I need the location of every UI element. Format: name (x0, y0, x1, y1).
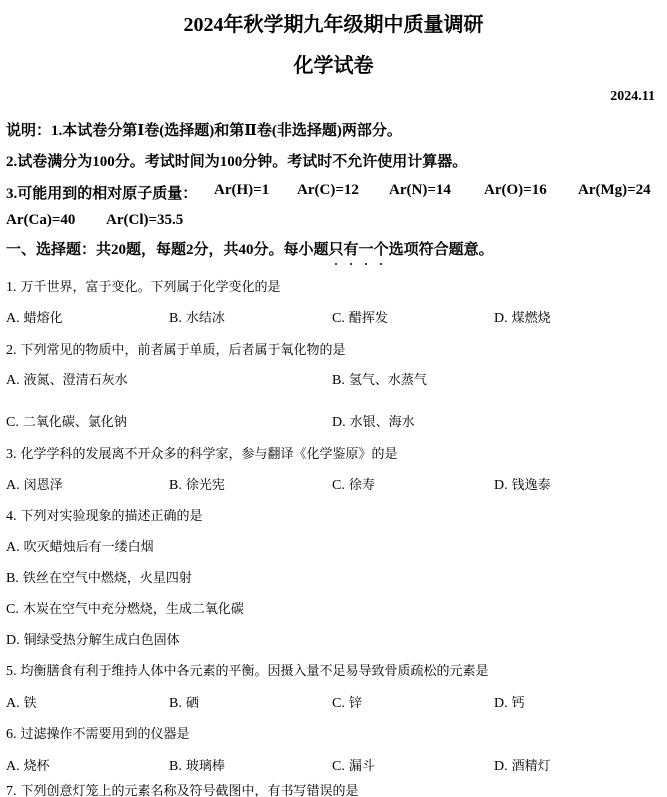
option-text: 玻璃棒 (186, 759, 225, 774)
atomic-mass-label: 3.可能用到的相对原子质量： (6, 186, 197, 202)
question-6-option-a[interactable]: A.烧杯 (6, 755, 50, 775)
question-6-option-c[interactable]: C.漏斗 (332, 755, 375, 775)
option-key: A. (6, 311, 20, 326)
option-text: 徐光宪 (186, 478, 225, 493)
question-3-option-d[interactable]: D.钱逸泰 (494, 474, 551, 494)
atomic-mass-c: Ar(C)=12 (297, 182, 359, 199)
question-4-option-a[interactable]: A.吹灭蜡烛后有一缕白烟 (6, 536, 154, 556)
option-key: A. (6, 478, 20, 493)
question-number: 2. (6, 343, 17, 358)
option-text: 氢气、水蒸气 (349, 373, 427, 388)
question-1-option-c[interactable]: C.醋挥发 (332, 307, 388, 327)
question-number: 4. (6, 509, 17, 524)
atomic-mass-o: Ar(O)=16 (484, 182, 547, 199)
question-2-option-d[interactable]: D.水银、海水 (332, 411, 415, 431)
question-2-option-b[interactable]: B.氢气、水蒸气 (332, 369, 427, 389)
emphasis-char: 个 (374, 238, 389, 259)
question-text: 下列对实验现象的描述正确的是 (21, 509, 203, 524)
option-key: D. (332, 415, 346, 430)
option-text: 铁 (24, 696, 37, 711)
option-text: 液氮、澄清石灰水 (24, 373, 128, 388)
question-text: 下列常见的物质中，前者属于单质，后者属于氧化物的是 (21, 343, 346, 358)
instruction-line-1: 说明：1.本试卷分第Ⅰ卷(选择题)和第Ⅱ卷(非选择题)两部分。 (6, 119, 402, 140)
question-text: 万千世界，富于变化。下列属于化学变化的是 (21, 280, 281, 295)
question-number: 6. (6, 727, 17, 742)
option-text: 烧杯 (24, 759, 50, 774)
atomic-mass-ca: Ar(Ca)=40 (6, 212, 75, 229)
atomic-mass-mg: Ar(Mg)=24 (578, 182, 651, 199)
option-text: 酒精灯 (512, 759, 551, 774)
exam-date: 2024.11 (610, 89, 655, 105)
emphasis-char: 只 (329, 238, 344, 259)
question-7-stem: 7.下列创意灯笼上的元素名称及符号截图中，有书写错误的是 (6, 780, 359, 797)
option-key: C. (6, 602, 19, 617)
option-text: 漏斗 (349, 759, 375, 774)
option-key: B. (169, 478, 182, 493)
option-key: C. (332, 311, 345, 326)
option-text: 硒 (186, 696, 199, 711)
question-1-stem: 1.万千世界，富于变化。下列属于化学变化的是 (6, 276, 281, 296)
option-key: B. (6, 571, 19, 586)
question-4-stem: 4.下列对实验现象的描述正确的是 (6, 505, 203, 525)
option-key: A. (6, 759, 20, 774)
option-text: 水结冰 (186, 311, 225, 326)
question-number: 7. (6, 784, 17, 797)
question-text: 化学学科的发展离不开众多的科学家，参与翻译《化学鉴原》的是 (21, 447, 398, 462)
question-number: 3. (6, 447, 17, 462)
option-text: 铁丝在空气中燃烧，火星四射 (23, 571, 192, 586)
option-key: B. (169, 759, 182, 774)
question-5-option-a[interactable]: A.铁 (6, 692, 37, 712)
question-number: 5. (6, 664, 17, 679)
option-key: B. (169, 311, 182, 326)
question-6-option-b[interactable]: B.玻璃棒 (169, 755, 225, 775)
option-key: B. (169, 696, 182, 711)
option-text: 徐寿 (349, 478, 375, 493)
question-6-stem: 6.过滤操作不需要用到的仪器是 (6, 723, 190, 743)
option-text: 钱逸泰 (512, 478, 551, 493)
question-2-stem: 2.下列常见的物质中，前者属于单质，后者属于氧化物的是 (6, 339, 346, 359)
option-key: A. (6, 373, 20, 388)
section-heading-suffix: 选项符合题意。 (389, 242, 494, 258)
option-key: C. (332, 759, 345, 774)
option-text: 二氧化碳、氯化钠 (23, 415, 127, 430)
option-text: 水银、海水 (350, 415, 415, 430)
instruction-line-2: 2.试卷满分为100分。考试时间为100分钟。考试时不允许使用计算器。 (6, 150, 467, 171)
option-key: D. (494, 759, 508, 774)
question-4-option-b[interactable]: B.铁丝在空气中燃烧，火星四射 (6, 567, 192, 587)
question-2-option-c[interactable]: C.二氧化碳、氯化钠 (6, 411, 127, 431)
option-key: A. (6, 696, 20, 711)
option-text: 铜绿受热分解生成白色固体 (24, 633, 180, 648)
emphasis-char: 一 (359, 238, 374, 259)
section-heading-prefix: 一、选择题：共20题，每题2分，共40分。每小题 (6, 242, 329, 258)
question-3-stem: 3.化学学科的发展离不开众多的科学家，参与翻译《化学鉴原》的是 (6, 443, 398, 463)
atomic-mass-cl: Ar(Cl)=35.5 (106, 212, 183, 229)
option-key: D. (494, 311, 508, 326)
atomic-mass-h: Ar(H)=1 (214, 182, 269, 199)
option-key: A. (6, 540, 20, 555)
question-1-option-a[interactable]: A.蜡熔化 (6, 307, 63, 327)
question-5-option-c[interactable]: C.锌 (332, 692, 362, 712)
exam-title: 2024年秋学期九年级期中质量调研 (0, 8, 667, 37)
question-5-option-d[interactable]: D.钙 (494, 692, 525, 712)
question-number: 1. (6, 280, 17, 295)
option-text: 醋挥发 (349, 311, 388, 326)
atomic-mass-n: Ar(N)=14 (389, 182, 451, 199)
question-text: 过滤操作不需要用到的仪器是 (21, 727, 190, 742)
option-key: D. (6, 633, 20, 648)
question-6-option-d[interactable]: D.酒精灯 (494, 755, 551, 775)
emphasis-char: 有 (344, 238, 359, 259)
option-text: 锌 (349, 696, 362, 711)
question-4-option-c[interactable]: C.木炭在空气中充分燃烧，生成二氧化碳 (6, 598, 244, 618)
option-key: C. (332, 696, 345, 711)
option-text: 蜡熔化 (24, 311, 63, 326)
question-3-option-b[interactable]: B.徐光宪 (169, 474, 225, 494)
question-5-option-b[interactable]: B.硒 (169, 692, 199, 712)
option-text: 闵恩泽 (24, 478, 63, 493)
question-1-option-b[interactable]: B.水结冰 (169, 307, 225, 327)
section-heading: 一、选择题：共20题，每题2分，共40分。每小题只有一个选项符合题意。 (6, 238, 494, 259)
option-text: 木炭在空气中充分燃烧，生成二氧化碳 (23, 602, 244, 617)
option-text: 钙 (512, 696, 525, 711)
question-5-stem: 5.均衡膳食有利于维持人体中各元素的平衡。因摄入量不足易导致骨质疏松的元素是 (6, 660, 489, 680)
question-text: 均衡膳食有利于维持人体中各元素的平衡。因摄入量不足易导致骨质疏松的元素是 (21, 664, 489, 679)
option-key: C. (332, 478, 345, 493)
option-key: D. (494, 696, 508, 711)
question-3-option-a[interactable]: A.闵恩泽 (6, 474, 63, 494)
question-2-option-a[interactable]: A.液氮、澄清石灰水 (6, 369, 128, 389)
question-4-option-d[interactable]: D.铜绿受热分解生成白色固体 (6, 629, 180, 649)
instruction-line-3: 3.可能用到的相对原子质量： (6, 182, 197, 203)
question-text: 下列创意灯笼上的元素名称及符号截图中，有书写错误的是 (21, 784, 359, 797)
option-key: C. (6, 415, 19, 430)
option-key: B. (332, 373, 345, 388)
option-key: D. (494, 478, 508, 493)
question-1-option-d[interactable]: D.煤燃烧 (494, 307, 551, 327)
question-3-option-c[interactable]: C.徐寿 (332, 474, 375, 494)
option-text: 煤燃烧 (512, 311, 551, 326)
exam-subtitle: 化学试卷 (0, 49, 667, 78)
option-text: 吹灭蜡烛后有一缕白烟 (24, 540, 154, 555)
